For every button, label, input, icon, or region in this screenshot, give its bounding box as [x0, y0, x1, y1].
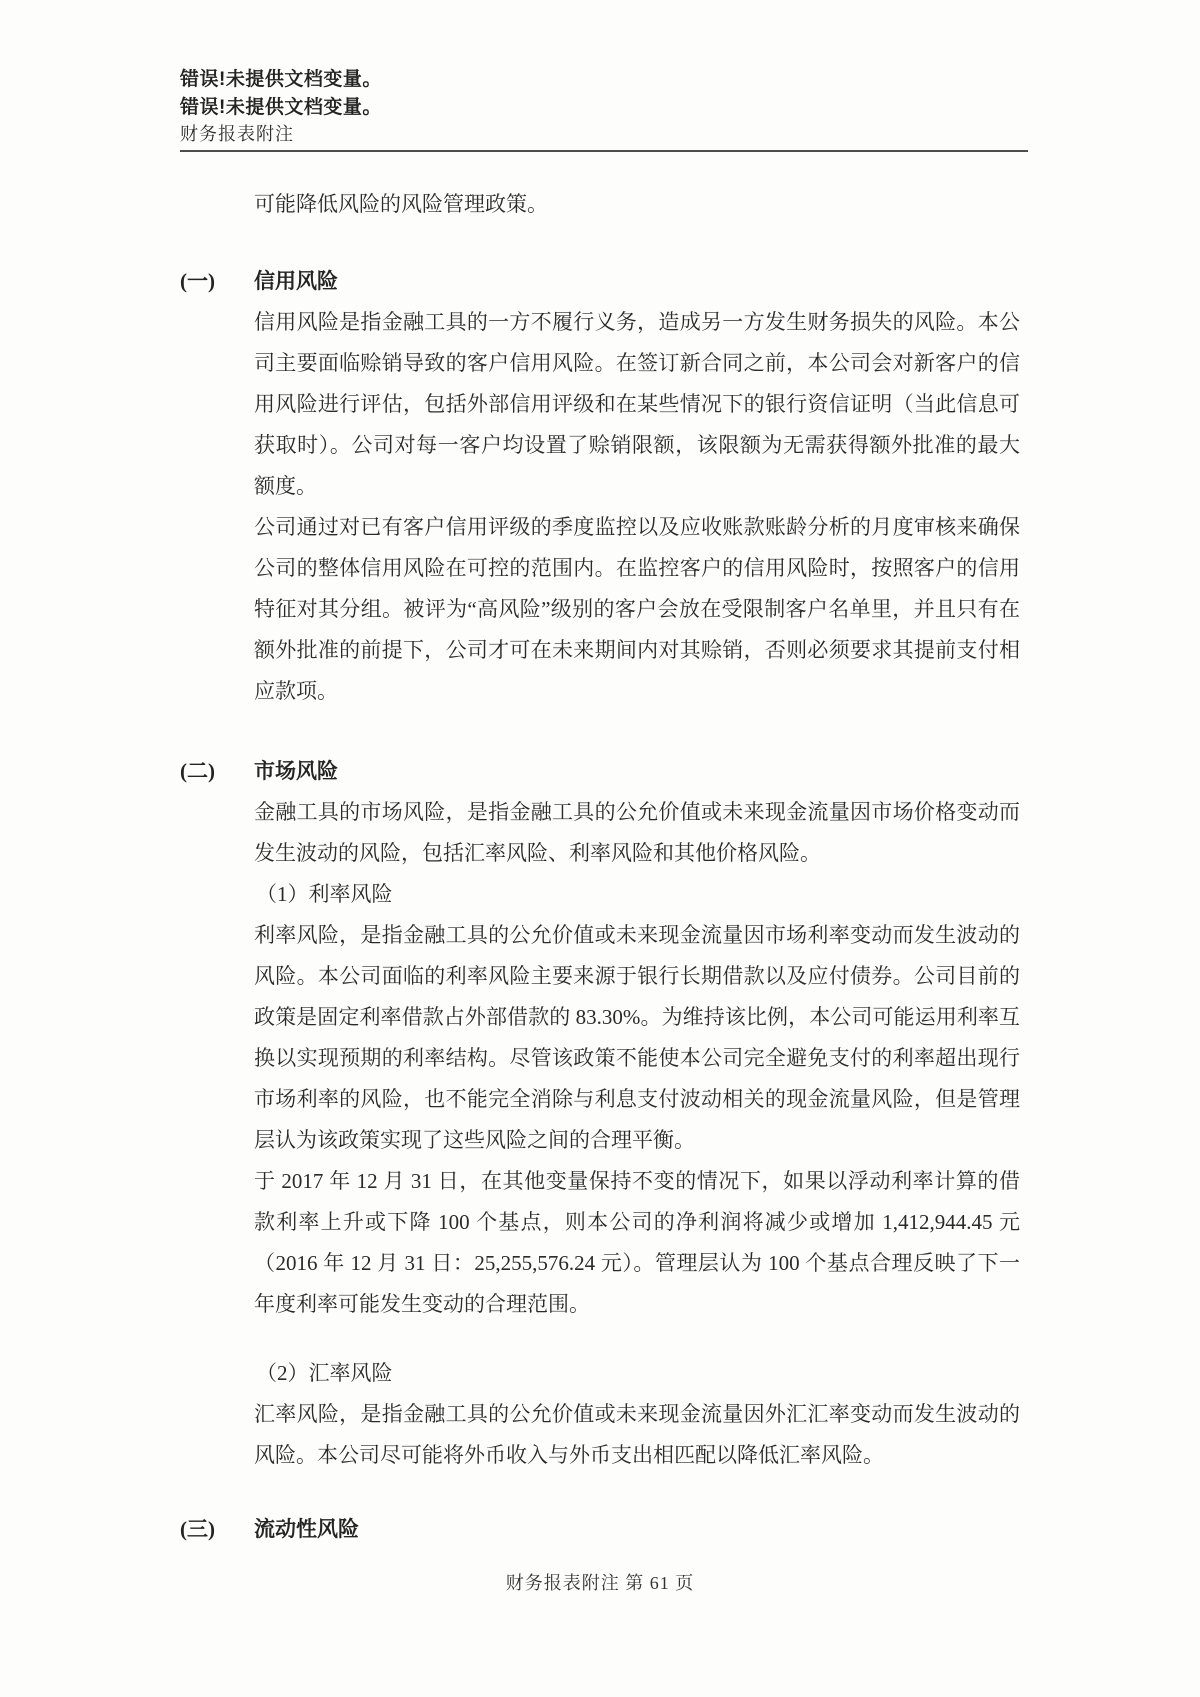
section-liquidity-risk: (三) 流动性风险: [180, 1509, 1028, 1550]
section-heading-credit-risk: (一) 信用风险: [180, 261, 1028, 302]
page-content: 错误!未提供文档变量。 错误!未提供文档变量。 财务报表附注 可能降低风险的风险…: [180, 66, 1028, 1550]
paragraph: 公司通过对已有客户信用评级的季度监控以及应收账款账龄分析的月度审核来确保公司的整…: [254, 507, 1020, 712]
section-heading-liquidity-risk: (三) 流动性风险: [180, 1509, 1028, 1550]
paragraph: 利率风险，是指金融工具的公允价值或未来现金流量因市场利率变动而发生波动的风险。本…: [254, 915, 1020, 1161]
section-title: 流动性风险: [254, 1509, 359, 1550]
section-title: 信用风险: [254, 261, 338, 302]
document-page: 错误!未提供文档变量。 错误!未提供文档变量。 财务报表附注 可能降低风险的风险…: [0, 0, 1200, 1697]
section-title: 市场风险: [254, 751, 338, 792]
header-error-line-1: 错误!未提供文档变量。: [180, 66, 1028, 94]
intro-paragraph: 可能降低风险的风险管理政策。: [254, 184, 1020, 225]
header-doc-title: 财务报表附注: [180, 122, 1028, 146]
subsection-heading-interest-rate-risk: （1）利率风险: [256, 874, 1020, 915]
subsection-heading-exchange-rate-risk: （2）汇率风险: [256, 1353, 1020, 1394]
section-heading-market-risk: (二) 市场风险: [180, 751, 1028, 792]
page-footer: 财务报表附注 第 61 页: [0, 1568, 1200, 1598]
section-number: (三): [180, 1509, 254, 1550]
header-error-line-2: 错误!未提供文档变量。: [180, 94, 1028, 122]
section-market-risk: (二) 市场风险 金融工具的市场风险，是指金融工具的公允价值或未来现金流量因市场…: [180, 751, 1028, 1476]
paragraph: 于 2017 年 12 月 31 日，在其他变量保持不变的情况下，如果以浮动利率…: [254, 1161, 1020, 1325]
section-credit-risk: (一) 信用风险 信用风险是指金融工具的一方不履行义务，造成另一方发生财务损失的…: [180, 261, 1028, 712]
paragraph: 金融工具的市场风险，是指金融工具的公允价值或未来现金流量因市场价格变动而发生波动…: [254, 792, 1020, 874]
page-header: 错误!未提供文档变量。 错误!未提供文档变量。 财务报表附注: [180, 66, 1028, 152]
header-rule: [180, 150, 1028, 152]
section-number: (二): [180, 751, 254, 792]
paragraph: 汇率风险，是指金融工具的公允价值或未来现金流量因外汇汇率变动而发生波动的风险。本…: [254, 1394, 1020, 1476]
section-number: (一): [180, 261, 254, 302]
paragraph: 信用风险是指金融工具的一方不履行义务，造成另一方发生财务损失的风险。本公司主要面…: [254, 302, 1020, 507]
